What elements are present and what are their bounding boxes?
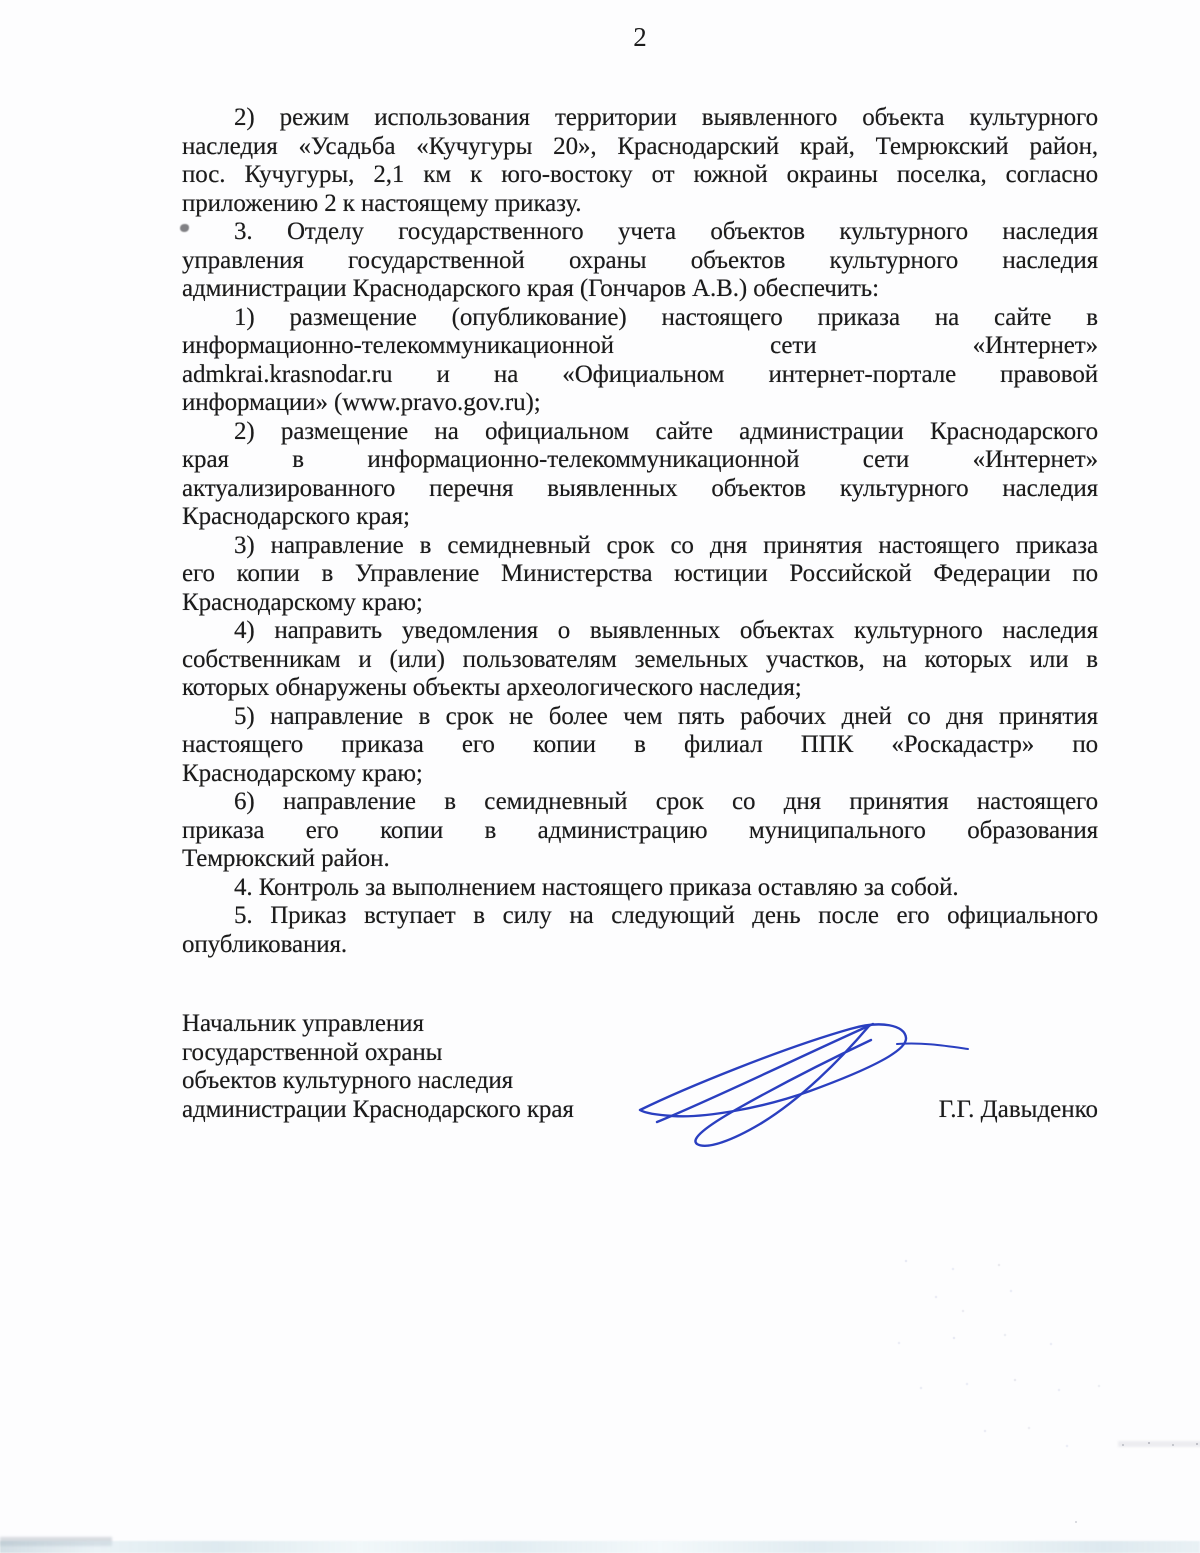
text-line: 2) размещение на официальном сайте админ… (182, 418, 1098, 447)
scan-bleedthrough-smudge (1118, 1441, 1200, 1447)
text-line: опубликования. (182, 931, 1098, 960)
text-line: 1) размещение (опубликование) настоящего… (182, 304, 1098, 333)
text-line: пос. Кучугуры, 2,1 км к юго-востоку от ю… (182, 161, 1098, 190)
text-line: Краснодарскому краю; (182, 589, 1098, 618)
text-line: управления государственной охраны объект… (182, 247, 1098, 276)
text-line: admkrai.krasnodar.ru и на «Официальном и… (182, 361, 1098, 390)
text-line: Краснодарского края; (182, 503, 1098, 532)
scan-noise-speckles (0, 0, 2, 2)
handwritten-signature-icon (625, 1012, 970, 1154)
text-line: собственникам и (или) пользователям земе… (182, 646, 1098, 675)
signature-stroke (657, 1024, 873, 1122)
document-body: 2) режим использования территории выявле… (182, 104, 1098, 959)
text-line: информации» (www.pravo.gov.ru); (182, 389, 1098, 418)
text-line: администрации Краснодарского края (Гонча… (182, 275, 1098, 304)
page-number: 2 (182, 22, 1098, 52)
text-line: 4) направить уведомления о выявленных об… (182, 617, 1098, 646)
scan-ink-blot (180, 224, 189, 232)
text-line: его копии в Управление Министерства юсти… (182, 560, 1098, 589)
text-line: края в информационно-телекоммуникационно… (182, 446, 1098, 475)
text-line: 5. Приказ вступает в силу на следующий д… (182, 902, 1098, 931)
text-line: приложению 2 к настоящему приказу. (182, 190, 1098, 219)
text-line: настоящего приказа его копии в филиал ПП… (182, 731, 1098, 760)
text-line: которых обнаружены объекты археологическ… (182, 674, 1098, 703)
text-line: 2) режим использования территории выявле… (182, 104, 1098, 133)
text-line: наследия «Усадьба «Кучугуры 20», Краснод… (182, 133, 1098, 162)
text-line: Темрюкский район. (182, 845, 1098, 874)
text-line: 3) направление в семидневный срок со дня… (182, 532, 1098, 561)
scan-bottom-band (0, 1541, 1200, 1553)
signature-stroke (695, 1026, 871, 1146)
text-line: 6) направление в семидневный срок со дня… (182, 788, 1098, 817)
document-page: 2 2) режим использования территории выяв… (0, 0, 1200, 1553)
text-line: информационно-телекоммуникационной сети … (182, 332, 1098, 361)
text-line: 5) направление в срок не более чем пять … (182, 703, 1098, 732)
signature-stroke (897, 1043, 968, 1049)
text-line: 4. Контроль за выполнением настоящего пр… (182, 874, 1098, 903)
signer-name: Г.Г. Давыденко (939, 1095, 1098, 1124)
text-line: Краснодарскому краю; (182, 760, 1098, 789)
text-line: 3. Отделу государственного учета объекто… (182, 218, 1098, 247)
text-line: актуализированного перечня выявленных об… (182, 475, 1098, 504)
signature-block: Начальник управлениягосударственной охра… (182, 1010, 1098, 1170)
text-line: приказа его копии в администрацию муници… (182, 817, 1098, 846)
